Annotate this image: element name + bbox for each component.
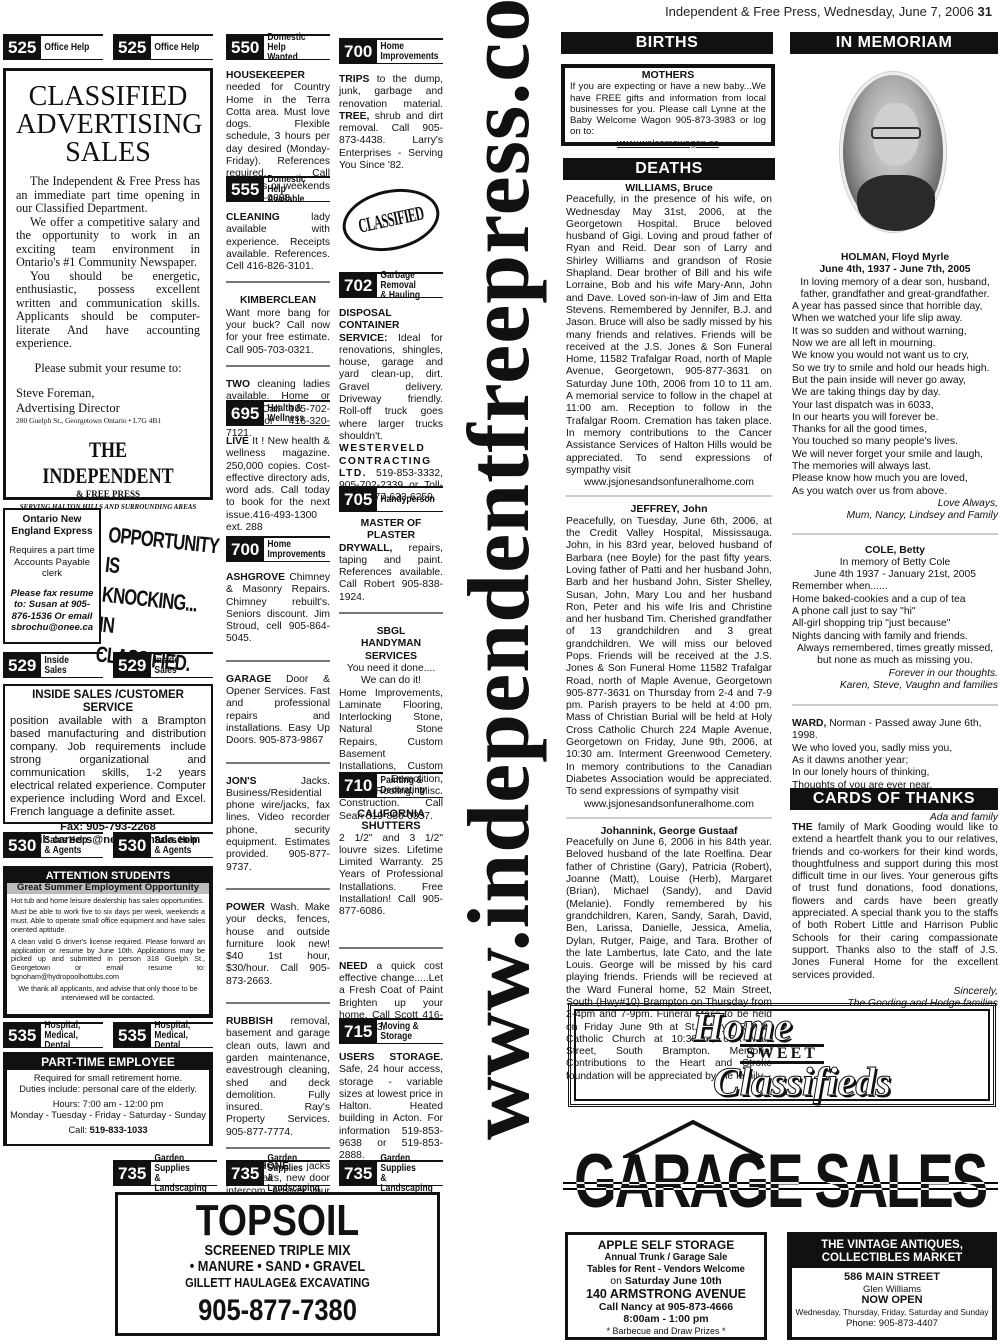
divider xyxy=(792,533,998,535)
garage-sales-banner: GARAGE SALES xyxy=(563,1118,998,1228)
listing-rubbish: RUBBISH removal, basement and garage cle… xyxy=(226,1010,330,1149)
independent-logo: THE INDEPENDENT xyxy=(33,437,184,489)
onee-ad: Ontario New England Express Requires a p… xyxy=(3,508,101,644)
category-header-550: 550Domestic Help Wanted xyxy=(226,34,330,60)
category-header-530: 530Sales Help & Agents xyxy=(3,832,103,858)
thanks-gooding: THE family of Mark Gooding would like to… xyxy=(792,822,998,1010)
listing-master-plaster: MASTER OF PLASTERDRYWALL, repairs, tapin… xyxy=(339,512,443,614)
classified-logo: CLASSIFIED xyxy=(337,180,445,259)
listings-710: CALIFORNIA SHUTTERS2 1/2" and 3 1/2" lou… xyxy=(339,802,443,1048)
listings-695: LIVE It ! New health & wellness magazine… xyxy=(226,430,330,548)
listing-kimberclean: KIMBERCLEANWant more bang for your buck?… xyxy=(226,289,330,366)
category-header-710: 710Painting & Decorating xyxy=(339,772,443,798)
category-header-700: 700Home Improvements xyxy=(226,536,330,562)
listing-ashgrove: ASHGROVE Chimney & Masonry Repairs. Chim… xyxy=(226,566,330,662)
obituary-williams: WILLIAMS, Bruce Peacefully, in the prese… xyxy=(566,182,772,489)
category-header-700-b: 700Home Improvements xyxy=(339,38,443,64)
memorial-photo xyxy=(840,72,946,232)
category-header-735-a: 735Garden Supplies & Landscaping xyxy=(113,1160,217,1186)
category-header-715: 715Moving & Storage xyxy=(339,1018,443,1044)
divider xyxy=(566,817,772,819)
category-header-535-b: 535Hospital, Medical, Dental xyxy=(113,1022,213,1048)
memoriam-list: HOLMAN, Floyd Myrle June 4th, 1937 - Jun… xyxy=(792,252,998,824)
ad-title: CLASSIFIED ADVERTISING SALES xyxy=(16,83,200,167)
phone-number: 519-833-1033 xyxy=(90,1125,148,1135)
welcome-wagon-link[interactable]: www.welcomewagon.ca xyxy=(570,138,766,149)
listing-users-storage: USERS STORAGE. Safe, 24 hour access, sto… xyxy=(339,1046,443,1171)
listing-disposal: DISPOSAL CONTAINER SERVICE: Ideal for re… xyxy=(339,302,443,513)
page-header: Independent & Free Press, Wednesday, Jun… xyxy=(665,4,992,19)
divider xyxy=(566,495,772,497)
publication-dateline: Independent & Free Press, Wednesday, Jun… xyxy=(665,4,974,19)
category-header-525-b: 525Office Help xyxy=(113,34,213,60)
inside-sales-ad: INSIDE SALES /CUSTOMER SERVICE position … xyxy=(3,684,213,824)
cards-of-thanks-heading: CARDS OF THANKS xyxy=(790,788,998,810)
category-header-695: 695Health & Wellness xyxy=(226,400,330,426)
memoriam-cole: COLE, Betty In memory of Betty Cole June… xyxy=(792,545,998,693)
apple-self-storage-ad: APPLE SELF STORAGE Annual Trunk / Garage… xyxy=(565,1232,767,1340)
category-header-702: 702Garbage Removal & Hauling xyxy=(339,272,443,298)
stripe-decoration xyxy=(563,1182,998,1190)
listing-california-shutters: CALIFORNIA SHUTTERS2 1/2" and 3 1/2" lou… xyxy=(339,802,443,949)
listing-cleaning: CLEANING lady available with experience.… xyxy=(226,206,330,283)
glasses-icon xyxy=(871,127,921,139)
in-memoriam-heading: IN MEMORIAM xyxy=(790,32,998,54)
classified-sales-ad: CLASSIFIED ADVERTISING SALES The Indepen… xyxy=(3,68,213,500)
category-header-529: 529Inside Sales xyxy=(3,652,103,678)
funeral-home-link[interactable]: www.jsjonesandsonfuneralhome.com xyxy=(566,799,772,811)
listing-power-wash: POWER Wash. Make your decks, fences, hou… xyxy=(226,896,330,1004)
divider xyxy=(792,704,998,706)
category-header-525: 525Office Help xyxy=(3,34,103,60)
obituary-jeffrey: JEFFREY, John Peacefully, on Tuesday, Ju… xyxy=(566,503,772,810)
memoriam-holman: HOLMAN, Floyd Myrle June 4th, 1937 - Jun… xyxy=(792,252,998,523)
category-header-735-b: 735Garden Supplies & Landscaping xyxy=(226,1160,330,1186)
vintage-antiques-ad: THE VINTAGE ANTIQUES, COLLECTIBLES MARKE… xyxy=(787,1232,997,1340)
home-sweet-classifieds-banner: Home SWEET Classifieds xyxy=(568,1003,996,1107)
deaths-list: WILLIAMS, Bruce Peacefully, in the prese… xyxy=(566,182,772,1083)
topsoil-phone: 905-877-7380 xyxy=(142,1294,413,1328)
attention-students-ad: ATTENTION STUDENTS Great Summer Employme… xyxy=(3,866,213,1018)
page-number: 31 xyxy=(978,4,992,19)
category-header-535: 535Hospital, Medical, Dental xyxy=(3,1022,103,1048)
shirt-shape xyxy=(857,175,935,231)
category-header-529-b: 529Inside Sales xyxy=(113,652,213,678)
listing-sbgl: SBGLHANDYMAN SERVICESYou need it done...… xyxy=(339,620,443,831)
births-heading: BIRTHS xyxy=(561,32,773,54)
listing-jons-jacks: JON'S Jacks. Business/Residential phone … xyxy=(226,770,330,890)
category-header-735-c: 735Garden Supplies & Landscaping xyxy=(339,1160,443,1186)
vertical-website-url[interactable]: www.independentfreepress.com xyxy=(445,0,555,1140)
category-header-555: 555Domestic Help Available xyxy=(226,176,330,202)
mothers-ad: MOTHERS If you are expecting or have a n… xyxy=(561,64,775,146)
listing-garage-door: GARAGE Door & Opener Services. Fast and … xyxy=(226,668,330,764)
listing-live-it: LIVE It ! New health & wellness magazine… xyxy=(226,430,330,542)
listings-700-b: TRIPS to the dump, junk, garbage and ren… xyxy=(339,68,443,186)
part-time-employee-ad: PART-TIME EMPLOYEE Required for small re… xyxy=(3,1052,213,1146)
deaths-heading: DEATHS xyxy=(563,158,775,180)
topsoil-ad: TOPSOIL SCREENED TRIPLE MIX • MANURE • S… xyxy=(115,1192,440,1336)
listing-trips: TRIPS to the dump, junk, garbage and ren… xyxy=(339,68,443,180)
category-header-530-b: 530Sales Help & Agents xyxy=(113,832,213,858)
category-header-705: 705Handyperson xyxy=(339,486,443,512)
funeral-home-link[interactable]: www.jsjonesandsonfuneralhome.com xyxy=(566,477,772,489)
